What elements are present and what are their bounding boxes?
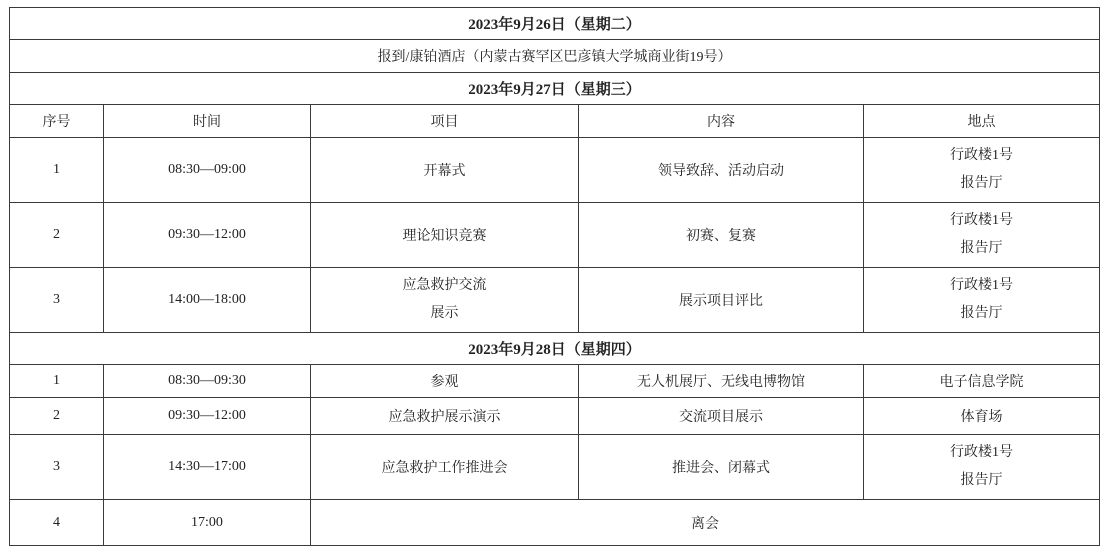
cell-time: 14:00—18:00 [104,268,311,333]
location-line: 行政楼1号 [868,142,1095,170]
cell-content: 无人机展厅、无线电博物馆 [579,365,864,398]
cell-time: 09:30—12:00 [104,398,311,435]
cell-departure: 离会 [311,500,1100,546]
cell-location: 行政楼1号 报告厅 [864,268,1100,333]
day3-date-header: 2023年9月28日（星期四） [10,333,1100,365]
cell-location: 体育场 [864,398,1100,435]
cell-location: 行政楼1号 报告厅 [864,138,1100,203]
cell-content: 推进会、闭幕式 [579,435,864,500]
table-row: 1 08:30—09:30 参观 无人机展厅、无线电博物馆 电子信息学院 [10,365,1100,398]
cell-location: 行政楼1号 报告厅 [864,435,1100,500]
cell-item: 应急救护工作推进会 [311,435,579,500]
day1-date-header: 2023年9月26日（星期二） [10,8,1100,40]
section-day2: 2023年9月27日（星期三） [10,73,1100,105]
location-line: 报告厅 [868,170,1095,198]
cell-no: 2 [10,203,104,268]
location-line: 行政楼1号 [868,207,1095,235]
schedule-page: 2023年9月26日（星期二） 报到/康铂酒店（内蒙古赛罕区巴彦镇大学城商业街1… [0,0,1109,549]
cell-time: 08:30—09:30 [104,365,311,398]
table-row: 2 09:30—12:00 理论知识竞赛 初赛、复赛 行政楼1号 报告厅 [10,203,1100,268]
location-line: 行政楼1号 [868,272,1095,300]
schedule-table: 2023年9月26日（星期二） 报到/康铂酒店（内蒙古赛罕区巴彦镇大学城商业街1… [9,7,1100,546]
table-row: 1 08:30—09:00 开幕式 领导致辞、活动启动 行政楼1号 报告厅 [10,138,1100,203]
section-day1: 2023年9月26日（星期二） [10,8,1100,40]
cell-no: 3 [10,435,104,500]
cell-location: 行政楼1号 报告厅 [864,203,1100,268]
checkin-row: 报到/康铂酒店（内蒙古赛罕区巴彦镇大学城商业街19号） [10,40,1100,73]
cell-item: 开幕式 [311,138,579,203]
location-line: 报告厅 [868,300,1095,328]
cell-content: 初赛、复赛 [579,203,864,268]
cell-time: 08:30—09:00 [104,138,311,203]
cell-no: 1 [10,365,104,398]
cell-time: 09:30—12:00 [104,203,311,268]
cell-no: 3 [10,268,104,333]
col-header-location: 地点 [864,105,1100,138]
col-header-content: 内容 [579,105,864,138]
col-header-no: 序号 [10,105,104,138]
col-header-time: 时间 [104,105,311,138]
cell-content: 展示项目评比 [579,268,864,333]
cell-item: 理论知识竞赛 [311,203,579,268]
cell-time: 14:30—17:00 [104,435,311,500]
checkin-cell: 报到/康铂酒店（内蒙古赛罕区巴彦镇大学城商业街19号） [10,40,1100,73]
table-row: 2 09:30—12:00 应急救护展示演示 交流项目展示 体育场 [10,398,1100,435]
cell-item: 应急救护交流 展示 [311,268,579,333]
item-line: 应急救护交流 [315,272,574,300]
location-line: 行政楼1号 [868,439,1095,467]
day2-date-header: 2023年9月27日（星期三） [10,73,1100,105]
cell-location: 电子信息学院 [864,365,1100,398]
departure-row: 4 17:00 离会 [10,500,1100,546]
cell-content: 交流项目展示 [579,398,864,435]
cell-no: 4 [10,500,104,546]
cell-item: 参观 [311,365,579,398]
column-header-row: 序号 时间 项目 内容 地点 [10,105,1100,138]
location-line: 报告厅 [868,235,1095,263]
col-header-item: 项目 [311,105,579,138]
table-row: 3 14:30—17:00 应急救护工作推进会 推进会、闭幕式 行政楼1号 报告… [10,435,1100,500]
cell-no: 2 [10,398,104,435]
cell-time: 17:00 [104,500,311,546]
cell-content: 领导致辞、活动启动 [579,138,864,203]
cell-item: 应急救护展示演示 [311,398,579,435]
item-line: 展示 [315,300,574,328]
cell-no: 1 [10,138,104,203]
location-line: 报告厅 [868,467,1095,495]
table-row: 3 14:00—18:00 应急救护交流 展示 展示项目评比 行政楼1号 报告厅 [10,268,1100,333]
section-day3: 2023年9月28日（星期四） [10,333,1100,365]
